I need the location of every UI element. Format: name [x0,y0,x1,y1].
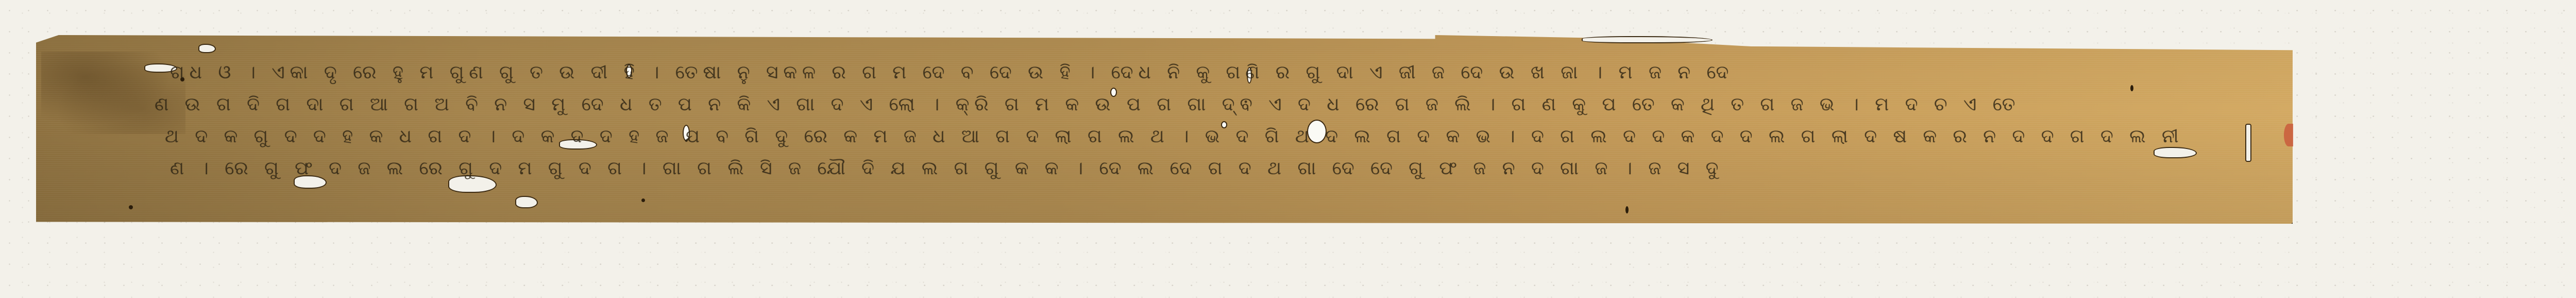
worm-hole [515,196,538,208]
dark-pit [641,198,645,202]
manuscript-text: ଗଧ ଓ । ଏକା ଦୃ ରେ ହୁ ମ ଗୁଣ ଗୁ ତ ଉ ଦୀ ହି ।… [170,57,2308,185]
dark-pit [1625,206,1629,213]
worm-hole [1582,36,1713,43]
worm-hole [198,44,216,53]
text-line-4: ଣ । ରେ ଗୁ ଫ ଦ ଜ ଲ ରେ ଗୁ ଦ ମ ଗୁ ଦ ଗ । ଗା … [170,153,2308,185]
dark-pit [129,205,133,209]
text-line-3: ଥ ଦ କ ଗୁ ଦ ଦ ହ କ ଧ ଗ ଦ । ଦ କ ଦ ଦ ହ ଜ ଯ ବ… [165,121,2308,153]
text-line-1: ଗଧ ଓ । ଏକା ଦୃ ରେ ହୁ ମ ଗୁଣ ଗୁ ତ ଉ ଦୀ ହି ।… [170,57,2308,89]
text-line-2: ଣ ଉ ଗ ଦି ଗ ଦା ଗ ଆ ଗ ଅ ବି ନ ସ ମୁ ଦେ ଧ ତ ପ… [155,89,2308,121]
